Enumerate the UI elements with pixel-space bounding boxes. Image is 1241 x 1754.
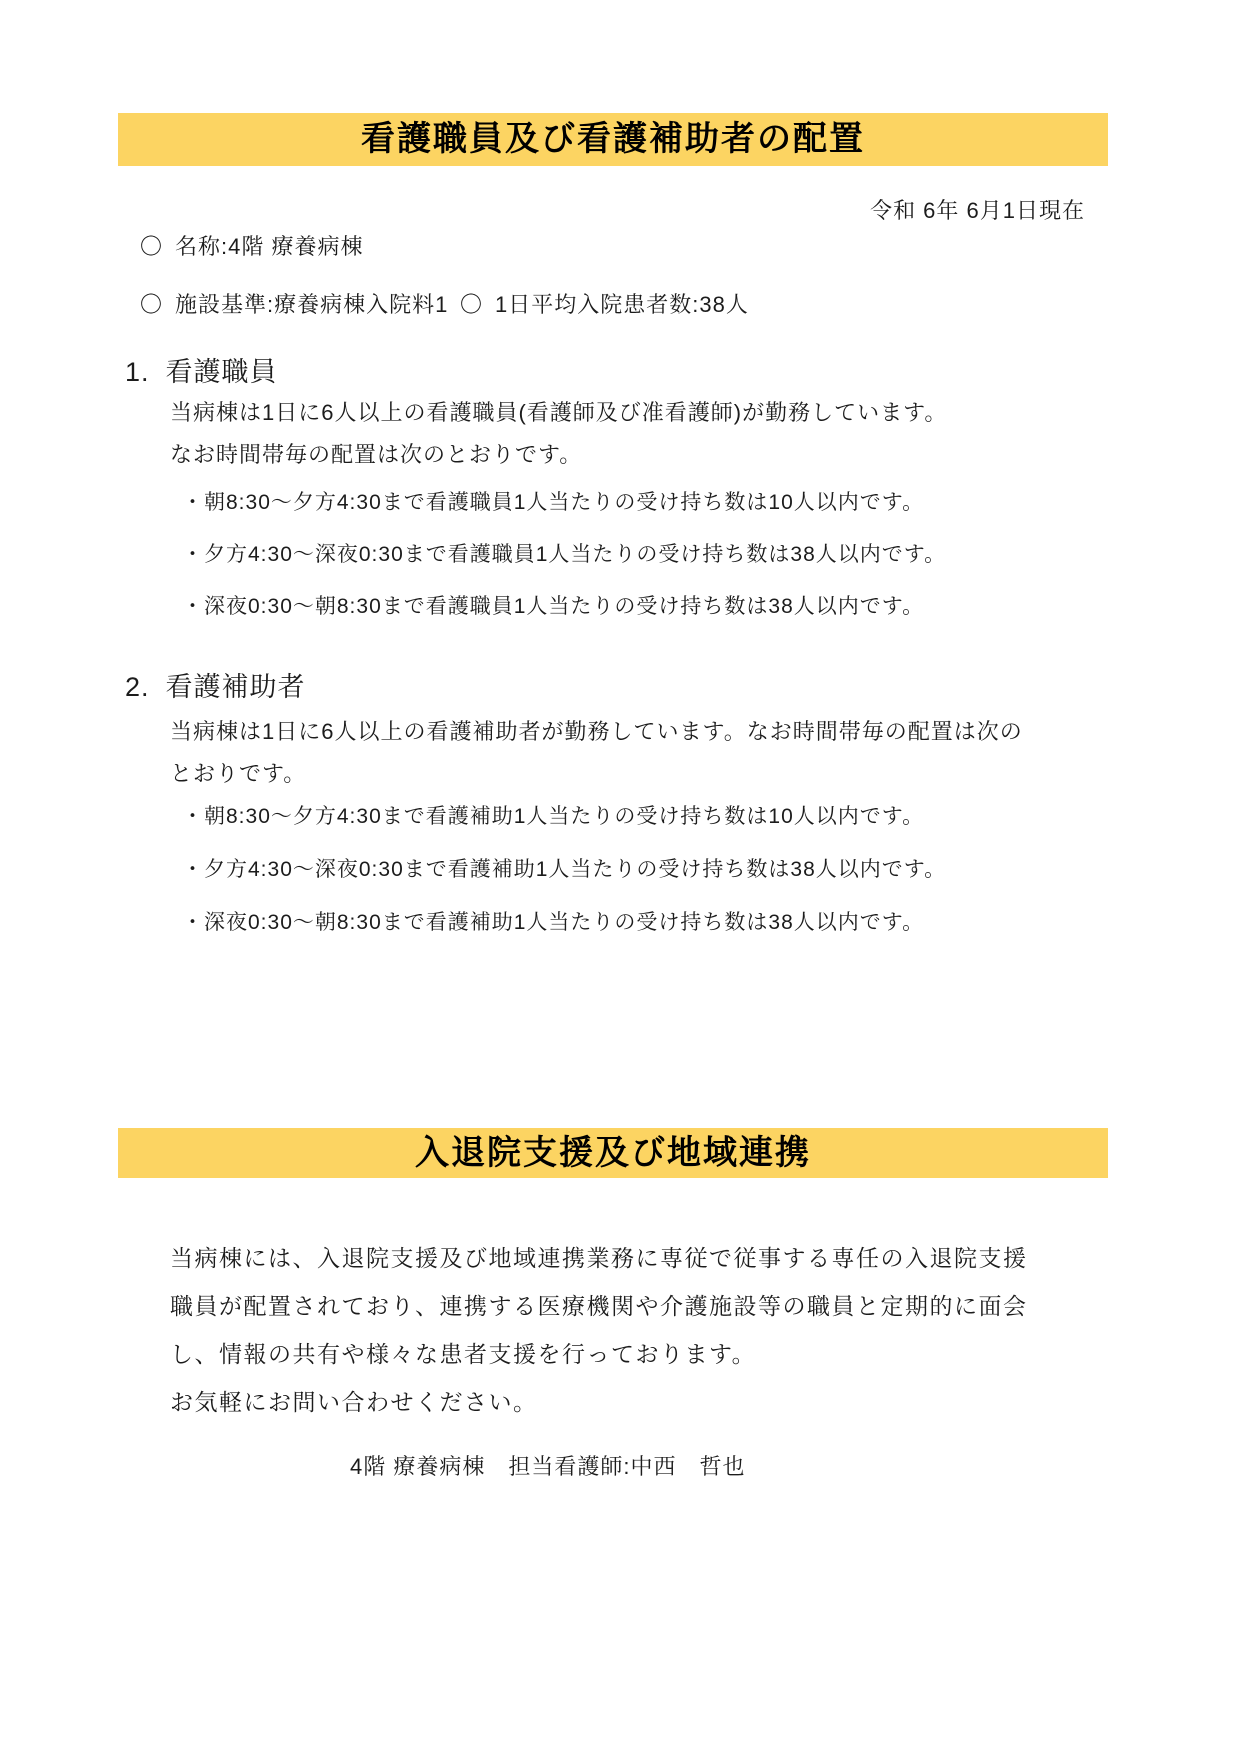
section1-bullet-night: ・深夜0:30〜朝8:30まで看護職員1人当たりの受け持ち数は38人以内です。: [182, 590, 924, 620]
document-page: 看護職員及び看護補助者の配置 令和 6年 6月1日現在 〇名称:4階 療養病棟 …: [0, 0, 1241, 1754]
facility-avg-patients-line: 〇1日平均入院患者数:38人: [460, 288, 749, 319]
section2-title: 看護補助者: [166, 672, 306, 702]
section1-bullet-evening: ・夕方4:30〜深夜0:30まで看護職員1人当たりの受け持ち数は38人以内です。: [182, 538, 946, 568]
facility-name-line: 〇名称:4階 療養病棟: [140, 230, 363, 261]
support-paragraph-line3: し、情報の共有や様々な患者支援を行っております。: [170, 1336, 756, 1369]
section1-intro-line2: なお時間帯毎の配置は次のとおりです。: [170, 438, 582, 469]
circle-marker-icon: 〇: [140, 292, 163, 317]
section2-heading: 2.看護補助者: [125, 665, 306, 704]
facility-standard-line: 〇施設基準:療養病棟入院料1: [140, 288, 448, 319]
section2-bullet-night: ・深夜0:30〜朝8:30まで看護補助1人当たりの受け持ち数は38人以内です。: [182, 906, 924, 936]
support-paragraph-line4: お気軽にお問い合わせください。: [170, 1384, 538, 1417]
support-title-banner: 入退院支援及び地域連携: [118, 1128, 1108, 1178]
ward-signature: 4階 療養病棟 担当看護師:中西 哲也: [350, 1450, 745, 1481]
section1-number: 1.: [125, 357, 150, 387]
support-paragraph-line2: 職員が配置されており、連携する医療機関や介護施設等の職員と定期的に面会: [170, 1288, 1028, 1321]
circle-marker-icon: 〇: [140, 234, 163, 259]
section2-intro-line1: 当病棟は1日に6人以上の看護補助者が勤務しています。なお時間帯毎の配置は次の: [170, 715, 1023, 746]
section2-number: 2.: [125, 672, 150, 702]
section2-bullet-morning: ・朝8:30〜夕方4:30まで看護補助1人当たりの受け持ち数は10人以内です。: [182, 800, 924, 830]
section2-bullet-evening: ・夕方4:30〜深夜0:30まで看護補助1人当たりの受け持ち数は38人以内です。: [182, 853, 946, 883]
facility-name: 名称:4階 療養病棟: [175, 234, 363, 259]
support-paragraph-line1: 当病棟には、入退院支援及び地域連携業務に専従で従事する専任の入退院支援: [170, 1240, 1028, 1273]
facility-standard: 施設基準:療養病棟入院料1: [175, 292, 448, 317]
section2-intro-line2: とおりです。: [170, 757, 306, 788]
section1-heading: 1.看護職員: [125, 350, 278, 389]
section1-title: 看護職員: [166, 357, 278, 387]
staffing-title-banner: 看護職員及び看護補助者の配置: [118, 113, 1108, 166]
circle-marker-icon: 〇: [460, 292, 483, 317]
as-of-date: 令和 6年 6月1日現在: [0, 194, 1085, 225]
facility-avg-patients: 1日平均入院患者数:38人: [495, 292, 749, 317]
section1-intro-line1: 当病棟は1日に6人以上の看護職員(看護師及び准看護師)が勤務しています。: [170, 396, 947, 427]
section1-bullet-morning: ・朝8:30〜夕方4:30まで看護職員1人当たりの受け持ち数は10人以内です。: [182, 486, 924, 516]
